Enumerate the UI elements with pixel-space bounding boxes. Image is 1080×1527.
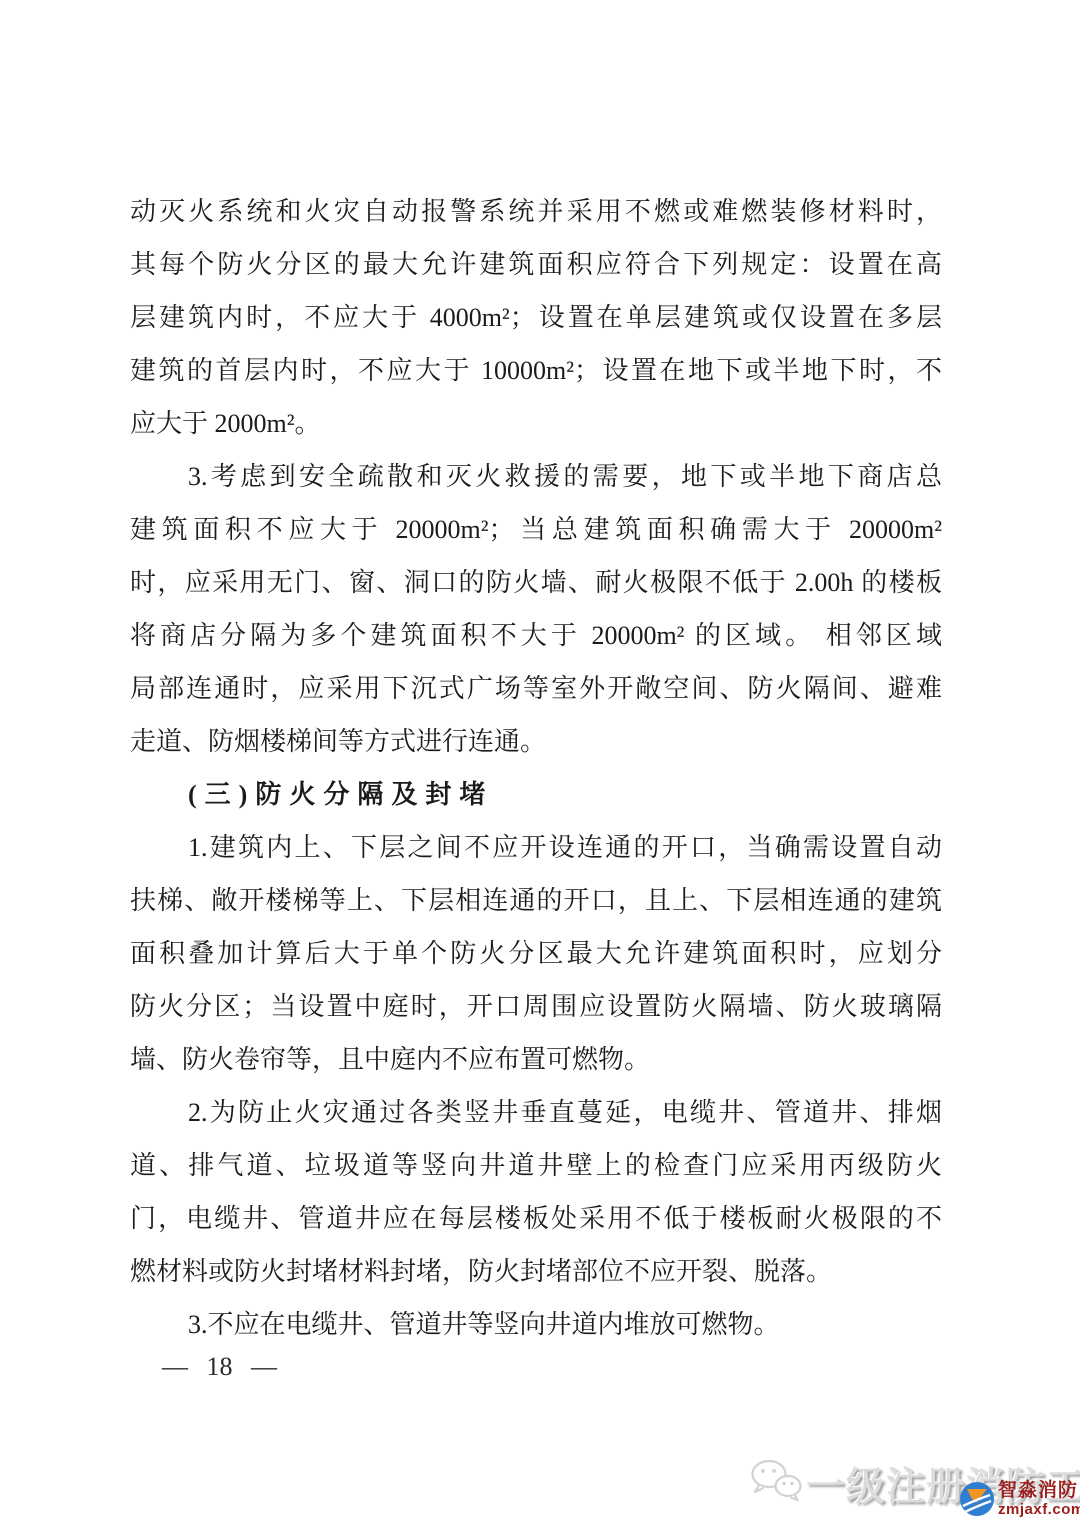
text-line: 建筑的首层内时，不应大于 10000m²；设置在地下或半地下时，不 bbox=[130, 344, 942, 397]
text-line: 墙、防火卷帘等，且中庭内不应布置可燃物。 bbox=[130, 1033, 942, 1086]
text-line: 防火分区；当设置中庭时，开口周围应设置防火隔墙、防火玻璃隔 bbox=[130, 980, 942, 1033]
text-line: 燃材料或防火封堵材料封堵，防火封堵部位不应开裂、脱落。 bbox=[130, 1245, 942, 1298]
text-line: 道、排气道、垃圾道等竖向井道井壁上的检查门应采用丙级防火 bbox=[130, 1139, 942, 1192]
text-line: 应大于 2000m²。 bbox=[130, 397, 942, 450]
text-line: 3.考虑到安全疏散和灭火救援的需要，地下或半地下商店总 bbox=[130, 450, 942, 503]
text-line: 动灭火系统和火灾自动报警系统并采用不燃或难燃装修材料时， bbox=[130, 185, 942, 238]
logo-brand-name: 智淼消防 bbox=[998, 1481, 1080, 1500]
text-line: 时，应采用无门、窗、洞口的防火墙、耐火极限不低于 2.00h 的楼板 bbox=[130, 556, 942, 609]
text-line: 局部连通时，应采用下沉式广场等室外开敞空间、防火隔间、避难 bbox=[130, 662, 942, 715]
zhimiao-fire-logo-icon bbox=[959, 1481, 995, 1517]
logo-website: zmjaxf.com bbox=[998, 1502, 1080, 1517]
bottom-banner: 一级注册消防工程师 智淼消防 zmjaxf.com bbox=[0, 1452, 1080, 1527]
text-line: 层建筑内时，不应大于 4000m²；设置在单层建筑或仅设置在多层 bbox=[130, 291, 942, 344]
section-heading: (三)防火分隔及封堵 bbox=[130, 768, 942, 821]
wechat-icon bbox=[748, 1458, 804, 1502]
text-line: 2.为防止火灾通过各类竖井垂直蔓延，电缆井、管道井、排烟 bbox=[130, 1086, 942, 1139]
logo-text: 智淼消防 zmjaxf.com bbox=[998, 1481, 1080, 1517]
text-line: 走道、防烟楼梯间等方式进行连通。 bbox=[130, 715, 942, 768]
text-line: 3.不应在电缆井、管道井等竖向井道内堆放可燃物。 bbox=[130, 1298, 942, 1351]
text-line: 将商店分隔为多个建筑面积不大于 20000m² 的区域。 相邻区域 bbox=[130, 609, 942, 662]
document-page: 动灭火系统和火灾自动报警系统并采用不燃或难燃装修材料时，其每个防火分区的最大允许… bbox=[0, 0, 1080, 1527]
text-line: 1.建筑内上、下层之间不应开设连通的开口，当确需设置自动 bbox=[130, 821, 942, 874]
text-line: 门，电缆井、管道井应在每层楼板处采用不低于楼板耐火极限的不 bbox=[130, 1192, 942, 1245]
text-line: 建筑面积不应大于 20000m²；当总建筑面积确需大于 20000m² bbox=[130, 503, 942, 556]
text-line: 其每个防火分区的最大允许建筑面积应符合下列规定：设置在高 bbox=[130, 238, 942, 291]
text-block: 动灭火系统和火灾自动报警系统并采用不燃或难燃装修材料时，其每个防火分区的最大允许… bbox=[130, 185, 942, 1351]
text-line: 面积叠加计算后大于单个防火分区最大允许建筑面积时，应划分 bbox=[130, 927, 942, 980]
zmjaxf-logo: 智淼消防 zmjaxf.com bbox=[959, 1481, 1080, 1517]
text-line: 扶梯、敞开楼梯等上、下层相连通的开口，且上、下层相连通的建筑 bbox=[130, 874, 942, 927]
page-number: — 18 — bbox=[162, 1352, 277, 1382]
